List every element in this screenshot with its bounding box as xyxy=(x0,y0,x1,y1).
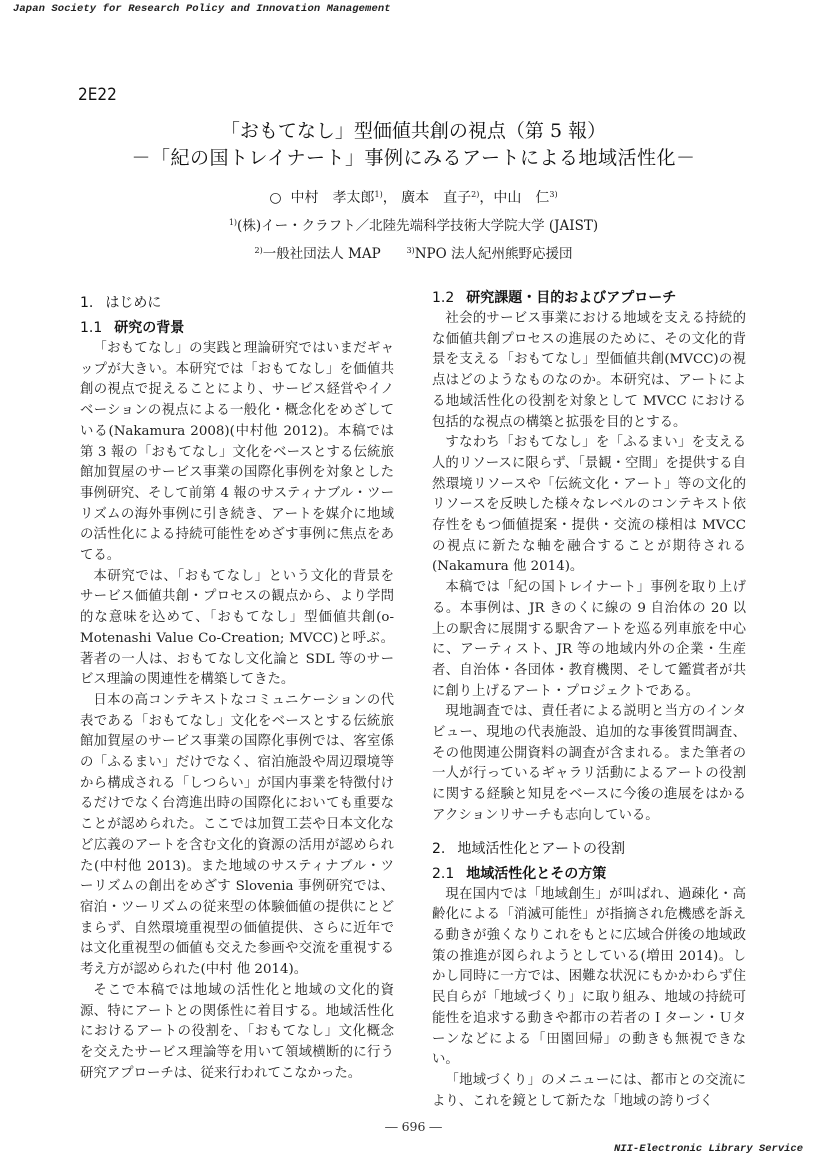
body-paragraph: 社会的サービス事業における地域を支える持続的な価値共創プロセスの進展のために、そ… xyxy=(432,309,746,433)
section-number: 2. xyxy=(432,841,445,857)
section-title: 地域活性化とアートの役割 xyxy=(457,841,625,857)
author-name: 中山 仁 xyxy=(493,190,549,206)
page-number: ― 696 ― xyxy=(0,1119,827,1134)
affil-ref: 2) xyxy=(255,246,263,255)
author-affil-ref: 3) xyxy=(549,190,557,199)
subsection-number: 1.2 xyxy=(432,290,454,306)
subsection-number: 1.1 xyxy=(80,320,102,336)
affiliation-2-3: 2)一般社団法人 MAP 3)NPO 法人紀州熊野応援団 xyxy=(0,240,827,265)
title-block: 「おもてなし」型価値共創の視点（第 5 報） －「紀の国トレイナート」事例にみる… xyxy=(0,118,827,265)
affiliation-text: NPO 法人紀州熊野応援団 xyxy=(415,246,573,262)
subsection-title: 地域活性化とその方策 xyxy=(466,866,606,882)
affil-ref: 3) xyxy=(406,246,414,255)
body-paragraph: 「地域づくり」のメニューには、都市との交流により、これを鏡として新たな「地域の誇… xyxy=(432,1071,746,1112)
author-separator: ， xyxy=(383,190,397,206)
affiliation-1: 1)(株)イー・クラフト／北陸先端科学技術大学院大学 (JAIST) xyxy=(0,212,827,237)
subsection-title: 研究課題・目的およびアプローチ xyxy=(466,290,676,306)
section-title: はじめに xyxy=(105,295,161,311)
subsection-heading-1-2: 1.2研究課題・目的およびアプローチ xyxy=(432,287,746,309)
paper-subtitle: －「紀の国トレイナート」事例にみるアートによる地域活性化－ xyxy=(0,144,827,172)
section-gap xyxy=(432,827,746,837)
section-heading-2: 2.地域活性化とアートの役割 xyxy=(432,837,746,861)
section-heading-1: 1.はじめに xyxy=(80,291,394,315)
body-paragraph: 本研究では、「おもてなし」という文化的背景をサービス価値共創・プロセスの観点から… xyxy=(80,567,394,691)
subsection-heading-1-1: 1.1研究の背景 xyxy=(80,317,394,339)
body-paragraph: 本稿では「紀の国トレイナート」事例を取り上げる。本事例は、JR きのくに線の 9… xyxy=(432,578,746,702)
subsection-title: 研究の背景 xyxy=(114,320,184,336)
affiliation-text: (株)イー・クラフト／北陸先端科学技術大学院大学 (JAIST) xyxy=(237,218,598,234)
author-affil-ref: 1) xyxy=(375,190,383,199)
body-paragraph: 「おもてなし」の実践と理論研究ではいまだギャップが大きい。本研究では「おもてなし… xyxy=(80,339,394,567)
affil-ref: 1) xyxy=(229,218,237,227)
left-column: 1.はじめに 1.1研究の背景 「おもてなし」の実践と理論研究ではいまだギャップ… xyxy=(80,291,394,1084)
body-paragraph: そこで本稿では地域の活性化と地域の文化的資源、特にアートとの関係性に着目する。地… xyxy=(80,981,394,1085)
affiliation-text: 一般社団法人 MAP xyxy=(263,246,381,262)
library-service-footer: NII-Electronic Library Service xyxy=(614,1143,803,1155)
right-column: 1.2研究課題・目的およびアプローチ 社会的サービス事業における地域を支える持続… xyxy=(432,287,746,1112)
paper-title: 「おもてなし」型価値共創の視点（第 5 報） xyxy=(0,118,827,144)
author-list: ○ 中村 孝太郎1)， 廣本 直子2)，中山 仁3) xyxy=(0,184,827,209)
presenter-mark-icon: ○ xyxy=(269,190,281,206)
subsection-number: 2.1 xyxy=(432,866,454,882)
section-number: 1. xyxy=(80,295,93,311)
body-paragraph: すなわち「おもてなし」を「ふるまい」を支える人的リソースに限らず、「景観・空間」… xyxy=(432,433,746,578)
body-paragraph: 日本の高コンテキストなコミュニケーションの代表である「おもてなし」文化をベースと… xyxy=(80,691,394,981)
author-separator: ， xyxy=(479,190,493,206)
body-paragraph: 現地調査では、責任者による説明と当方のインタビュー、現地の代表施設、追加的な事後… xyxy=(432,702,746,826)
body-paragraph: 現在国内では「地域創生」が叫ばれ、過疎化・高齢化による「消滅可能性」が指摘され危… xyxy=(432,885,746,1071)
author-name: 中村 孝太郎 xyxy=(291,190,375,206)
session-code: 2E22 xyxy=(78,85,117,105)
author-name: 廣本 直子 xyxy=(401,190,471,206)
subsection-heading-2-1: 2.1地域活性化とその方策 xyxy=(432,863,746,885)
society-header: Japan Society for Research Policy and In… xyxy=(13,3,391,15)
